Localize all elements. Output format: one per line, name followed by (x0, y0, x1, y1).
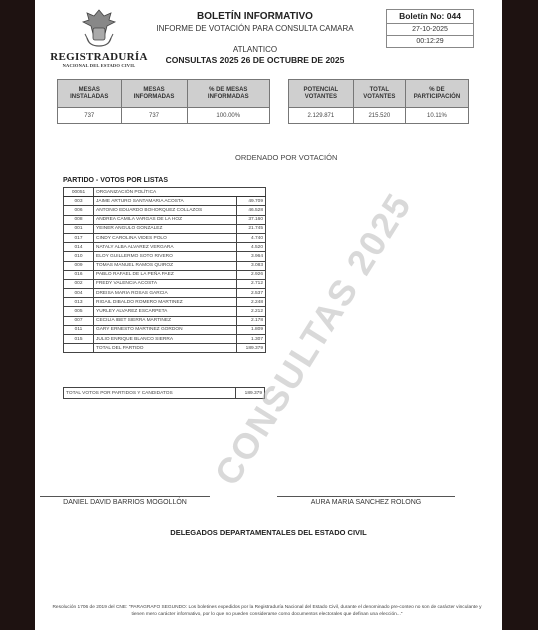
sort-label: ORDENADO POR VOTACIÓN (235, 153, 337, 162)
mesas-table: MESAS INSTALADAS MESAS INFORMADAS % DE M… (57, 79, 270, 124)
header-mesas-instaladas: MESAS INSTALADAS (58, 80, 122, 108)
event-title: CONSULTAS 2025 26 DE OCTUBRE DE 2025 (145, 55, 365, 65)
candidate-votes: 37.160 (237, 215, 266, 224)
boletin-number: Boletín No: 044 (387, 10, 473, 24)
candidate-name: JULIO ENRIQUE BLANCO SIERRA (94, 335, 237, 344)
header-pct-mesas: % DE MESAS INFORMADAS (187, 80, 270, 108)
candidate-row: 005YURLEY ALVAREZ ESCARPETA2.212 (64, 307, 266, 316)
votantes-table: POTENCIAL VOTANTES TOTAL VOTANTES % DE P… (288, 79, 469, 124)
candidate-votes: 1.809 (237, 325, 266, 334)
coat-of-arms-icon (79, 8, 119, 50)
candidate-code: 014 (64, 243, 94, 252)
candidate-name: CECILIA IBET SIERRA MARTINEZ (94, 316, 237, 325)
total-partido-votes: 189.379 (237, 344, 266, 353)
delegados-label: DELEGADOS DEPARTAMENTALES DEL ESTADO CIV… (35, 528, 502, 537)
candidate-code: 004 (64, 289, 94, 298)
candidate-votes: 3.964 (237, 252, 266, 261)
boletin-box: Boletín No: 044 27-10-2025 00:12:29 (386, 9, 474, 48)
boletin-time: 00:12:29 (387, 36, 473, 47)
candidate-row: 015JULIO ENRIQUE BLANCO SIERRA1.307 (64, 335, 266, 344)
candidate-code: 005 (64, 307, 94, 316)
header-total-votantes: TOTAL VOTANTES (353, 80, 405, 108)
organizacion-row: 00051 ORGANIZACIÓN POLÍTICA (64, 188, 266, 197)
candidate-row: 017CINDY CAROLINA VIDES POLO4.740 (64, 233, 266, 242)
candidate-code: 015 (64, 335, 94, 344)
candidate-name: JAIME ARTURO SANTAMARIA ACOSTA (94, 197, 237, 206)
candidate-code: 006 (64, 206, 94, 215)
logo-brand: REGISTRADURÍA (49, 51, 149, 63)
candidate-votes: 2.248 (237, 298, 266, 307)
candidate-votes: 2.212 (237, 307, 266, 316)
candidate-name: TOMAS MANUEL RAMOS QUIROZ (94, 261, 237, 270)
legal-footer: Resolución 1706 de 2019 del CNE: "PARAGR… (47, 605, 487, 618)
candidate-code: 003 (64, 197, 94, 206)
candidate-code: 001 (64, 224, 94, 233)
pct-mesas: 100.00% (187, 108, 270, 124)
candidate-votes: 2.537 (237, 289, 266, 298)
signature-2: AURA MARIA SANCHEZ ROLONG (277, 496, 455, 506)
report-title: BOLETÍN INFORMATIVO (145, 11, 365, 22)
total-partido-code (64, 344, 94, 353)
mesas-instaladas: 737 (58, 108, 122, 124)
candidate-row: 004DREISA MARIA ROSAS GARCIA2.537 (64, 289, 266, 298)
candidate-code: 017 (64, 233, 94, 242)
candidate-name: ANTONIO EDUARDO BOHORQUEZ COLLAZOS (94, 206, 237, 215)
candidate-code: 011 (64, 325, 94, 334)
header-mesas-informadas: MESAS INFORMADAS (121, 80, 187, 108)
candidate-row: 010ELOY GUILLERMO SOTO RIVERO3.964 (64, 252, 266, 261)
candidate-code: 010 (64, 252, 94, 261)
candidate-row: 007CECILIA IBET SIERRA MARTINEZ2.178 (64, 316, 266, 325)
candidate-row: 001YEINER ANGULO GONZALEZ21.745 (64, 224, 266, 233)
candidate-row: 016PABLO RAFAEL DE LA PEÑA PAEZ2.926 (64, 270, 266, 279)
candidate-code: 013 (64, 298, 94, 307)
candidate-name: YEINER ANGULO GONZALEZ (94, 224, 237, 233)
candidate-name: DREISA MARIA ROSAS GARCIA (94, 289, 237, 298)
mesas-informadas: 737 (121, 108, 187, 124)
candidate-votes: 49.709 (237, 197, 266, 206)
candidate-name: NATALY ALBA ALVAREZ VERGARA (94, 243, 237, 252)
candidate-row: 014NATALY ALBA ALVAREZ VERGARA4.520 (64, 243, 266, 252)
candidate-row: 006ANTONIO EDUARDO BOHORQUEZ COLLAZOS46.… (64, 206, 266, 215)
boletin-date: 27-10-2025 (387, 24, 473, 36)
partido-title: PARTIDO - VOTOS POR LISTAS (63, 177, 168, 184)
candidate-votes: 21.745 (237, 224, 266, 233)
candidate-name: GARY ERNESTO MARTINEZ GORDON (94, 325, 237, 334)
header-potencial: POTENCIAL VOTANTES (289, 80, 354, 108)
signature-1: DANIEL DAVID BARRIOS MOGOLLÓN (40, 496, 210, 506)
candidate-name: ELOY GUILLERMO SOTO RIVERO (94, 252, 237, 261)
department: ATLANTICO (145, 45, 365, 54)
candidate-votes: 46.528 (237, 206, 266, 215)
candidate-name: ANDREA CAMILA VARGAS DE LA HOZ (94, 215, 237, 224)
participacion: 10.11% (405, 108, 468, 124)
candidate-row: 013RIGAIL DIBALDO ROMERO MARTINEZ2.248 (64, 298, 266, 307)
potencial-votantes: 2.129.871 (289, 108, 354, 124)
candidate-votes: 4.520 (237, 243, 266, 252)
total-general-table: TOTAL VOTOS POR PARTIDOS Y CANDIDATOS 18… (63, 387, 265, 399)
candidate-name: FREDY VALENCIA ACOSTA (94, 279, 237, 288)
candidate-votes: 4.740 (237, 233, 266, 242)
candidate-code: 016 (64, 270, 94, 279)
organizacion-code: 00051 (64, 188, 94, 197)
candidate-code: 009 (64, 261, 94, 270)
candidate-row: 008ANDREA CAMILA VARGAS DE LA HOZ37.160 (64, 215, 266, 224)
candidate-code: 008 (64, 215, 94, 224)
candidate-votes: 2.712 (237, 279, 266, 288)
header-participacion: % DE PARTICIPACIÓN (405, 80, 468, 108)
candidate-name: PABLO RAFAEL DE LA PEÑA PAEZ (94, 270, 237, 279)
candidate-votes: 2.178 (237, 316, 266, 325)
candidate-name: CINDY CAROLINA VIDES POLO (94, 233, 237, 242)
candidate-votes: 2.926 (237, 270, 266, 279)
candidate-row: 002FREDY VALENCIA ACOSTA2.712 (64, 279, 266, 288)
total-general-label: TOTAL VOTOS POR PARTIDOS Y CANDIDATOS (64, 388, 236, 399)
candidate-code: 002 (64, 279, 94, 288)
report-subtitle: INFORME DE VOTACIÓN PARA CONSULTA CAMARA (145, 24, 365, 33)
candidate-code: 007 (64, 316, 94, 325)
candidate-row: 003JAIME ARTURO SANTAMARIA ACOSTA49.709 (64, 197, 266, 206)
candidate-name: YURLEY ALVAREZ ESCARPETA (94, 307, 237, 316)
candidate-row: 011GARY ERNESTO MARTINEZ GORDON1.809 (64, 325, 266, 334)
candidate-votes: 3.083 (237, 261, 266, 270)
registraduria-logo: REGISTRADURÍA NACIONAL DEL ESTADO CIVIL (49, 8, 149, 68)
total-partido-row: TOTAL DEL PARTIDO189.379 (64, 344, 266, 353)
candidate-row: 009TOMAS MANUEL RAMOS QUIROZ3.083 (64, 261, 266, 270)
total-partido-label: TOTAL DEL PARTIDO (94, 344, 237, 353)
organizacion-label: ORGANIZACIÓN POLÍTICA (94, 188, 266, 197)
logo-subtitle: NACIONAL DEL ESTADO CIVIL (49, 63, 149, 68)
total-votantes: 215.520 (353, 108, 405, 124)
candidates-table: 00051 ORGANIZACIÓN POLÍTICA 003JAIME ART… (63, 187, 266, 353)
boletin-page: REGISTRADURÍA NACIONAL DEL ESTADO CIVIL … (35, 0, 502, 630)
candidate-name: RIGAIL DIBALDO ROMERO MARTINEZ (94, 298, 237, 307)
candidate-votes: 1.307 (237, 335, 266, 344)
